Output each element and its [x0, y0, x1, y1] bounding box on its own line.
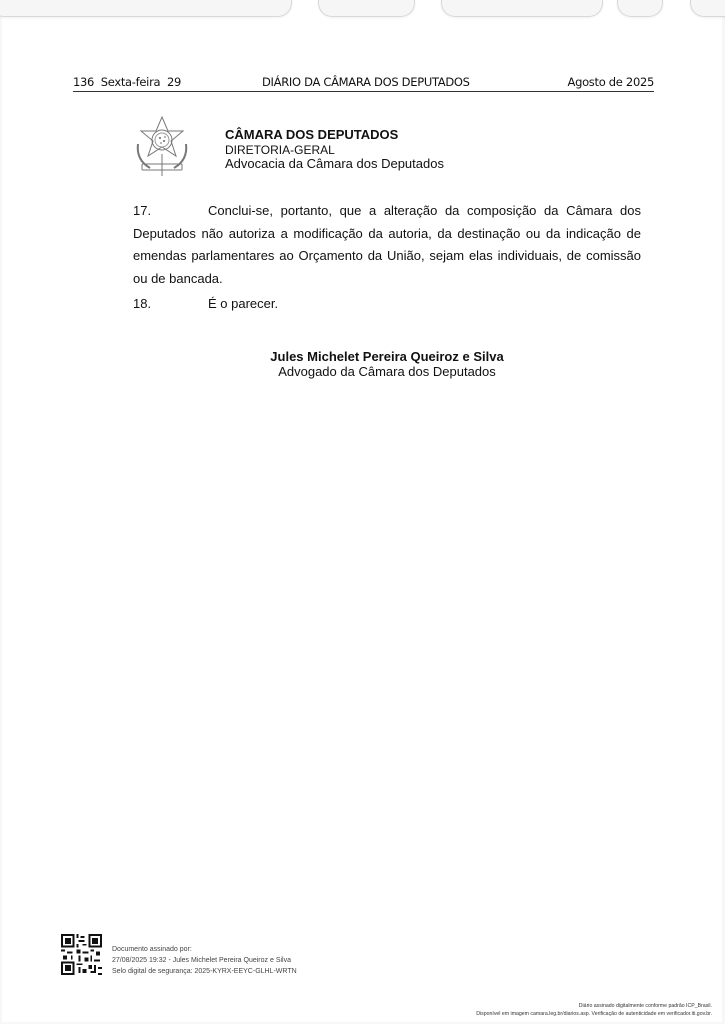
- header-journal-title: DIÁRIO DA CÂMARA DOS DEPUTADOS: [262, 75, 470, 89]
- paragraph-text: Conclui-se, portanto, que a alteração da…: [133, 203, 641, 286]
- paragraph-number: 18.: [133, 296, 208, 311]
- signature-block: Jules Michelet Pereira Queiroz e Silva A…: [234, 349, 540, 379]
- toolbar-button[interactable]: [690, 0, 725, 17]
- stamp-signer: 27/08/2025 19:32 - Jules Michelet Pereir…: [112, 955, 297, 966]
- signer-title: Advogado da Câmara dos Deputados: [234, 364, 540, 379]
- header-page-date: 136 Sexta-feira 29: [73, 75, 181, 89]
- stamp-seal: Selo digital de segurança: 2025-KYRX-EEY…: [112, 966, 297, 977]
- digital-signature-stamp: Documento assinado por: 27/08/2025 19:32…: [112, 944, 297, 977]
- org-name: CÂMARA DOS DEPUTADOS: [225, 128, 444, 143]
- org-directorate: DIRETORIA-GERAL: [225, 143, 444, 158]
- viewer-toolbar: [0, 0, 725, 16]
- paragraph-18: 18.É o parecer.: [133, 296, 278, 311]
- header-month-year: Agosto de 2025: [568, 75, 655, 89]
- toolbar-group[interactable]: [318, 0, 415, 17]
- footer-line-2: Disponível em imagem camara.leg.br/diari…: [476, 1010, 712, 1018]
- footer-note: Diário assinado digitalmente conforme pa…: [476, 1002, 712, 1018]
- footer-line-1: Diário assinado digitalmente conforme pa…: [476, 1002, 712, 1010]
- paragraph-text: É o parecer.: [208, 296, 278, 311]
- qr-code-icon: [61, 934, 102, 975]
- page-header: 136 Sexta-feira 29 DIÁRIO DA CÂMARA DOS …: [73, 75, 654, 92]
- document-page: 136 Sexta-feira 29 DIÁRIO DA CÂMARA DOS …: [2, 0, 722, 1022]
- paragraph-number: 17.: [133, 200, 208, 223]
- org-unit: Advocacia da Câmara dos Deputados: [225, 157, 444, 172]
- toolbar-group[interactable]: [0, 0, 292, 17]
- toolbar-button[interactable]: [617, 0, 663, 17]
- organization-block: CÂMARA DOS DEPUTADOS DIRETORIA-GERAL Adv…: [225, 128, 444, 172]
- stamp-label: Documento assinado por:: [112, 944, 297, 955]
- brazil-coat-of-arms-icon: [132, 114, 192, 178]
- paragraph-17: 17.Conclui-se, portanto, que a alteração…: [133, 200, 641, 291]
- signer-name: Jules Michelet Pereira Queiroz e Silva: [234, 349, 540, 364]
- toolbar-group[interactable]: [441, 0, 603, 17]
